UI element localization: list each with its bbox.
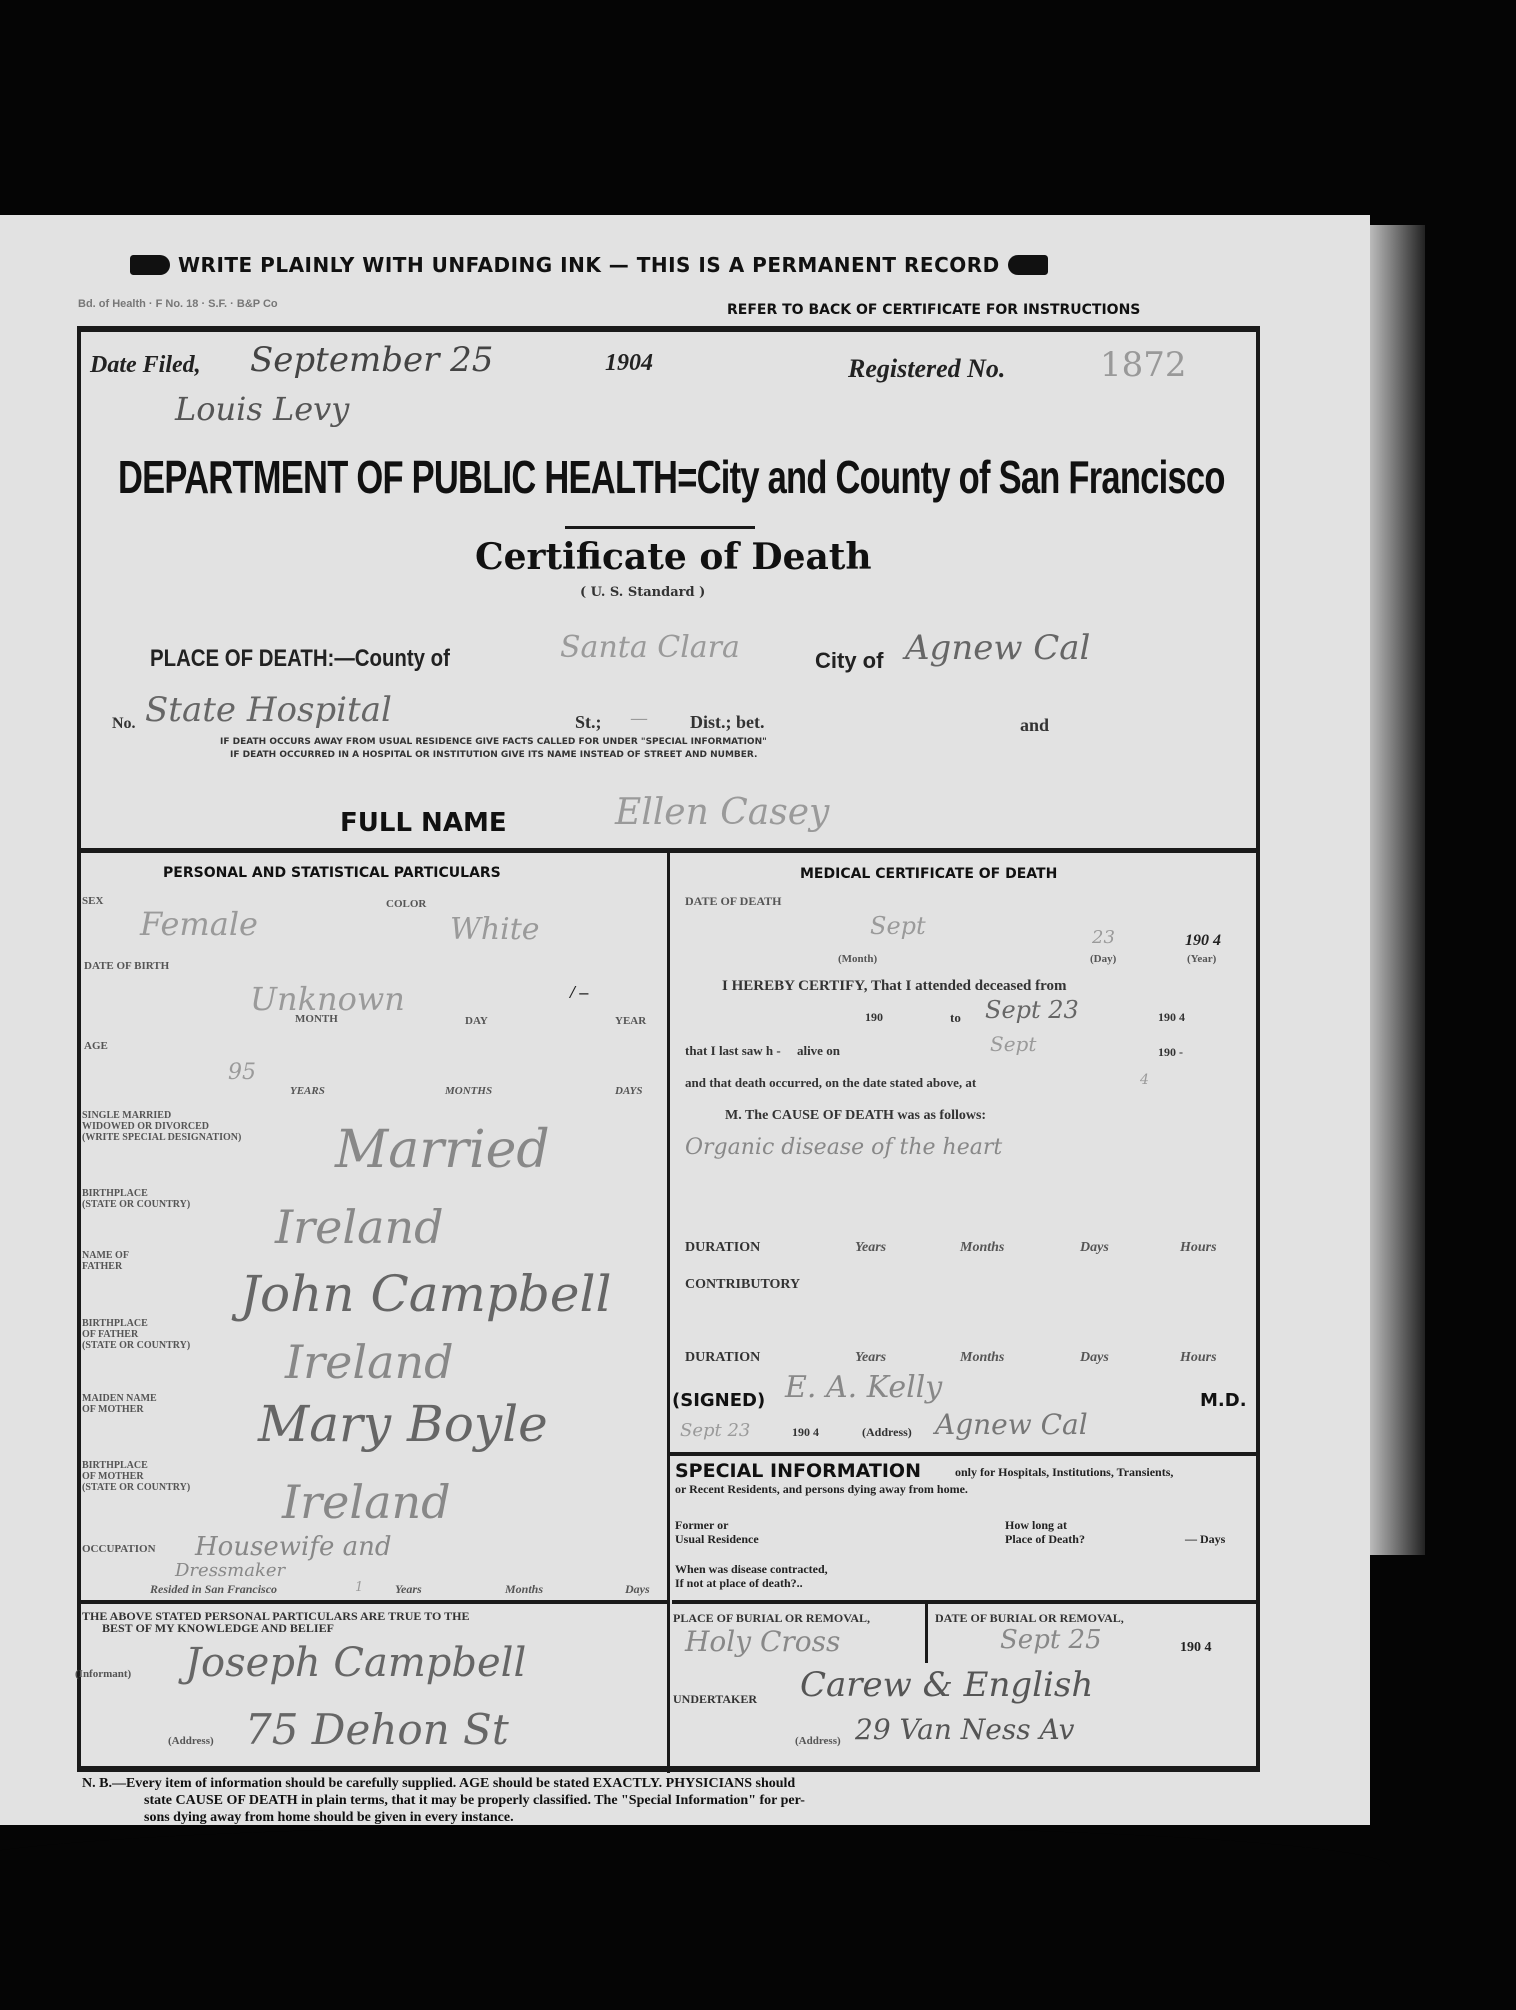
age-days-label: Days [615,1085,643,1097]
mother-birthplace-label: BIRTHPLACE OF MOTHER (State or Country) [82,1460,190,1493]
mother-birthplace-value: Ireland [282,1475,451,1529]
resided-years-value: 1 [355,1580,363,1595]
burial-divider [672,1600,1257,1604]
color-label: COLOR [386,898,426,910]
nb-footer-note: N. B.—Every item of information should b… [82,1775,805,1826]
nb-line1: N. B.—Every item of information should b… [82,1775,805,1792]
pointing-hand-icon [130,255,170,275]
occupation-value-2: Dressmaker [175,1560,285,1581]
city-value: Agnew Cal [905,628,1090,668]
medical-heading: MEDICAL CERTIFICATE OF DEATH [800,866,1057,882]
father-birthplace-label: BIRTHPLACE OF FATHER (State or Country) [82,1318,190,1351]
informant-address-value: 75 Dehon St [245,1705,509,1754]
physician-address-label: (Address) [862,1425,912,1440]
physician-signature: E. A. Kelly [785,1370,942,1405]
instruction-note-line1: IF DEATH OCCURS AWAY FROM USUAL RESIDENC… [220,737,767,747]
instruction-note-line2: IF DEATH OCCURRED IN A HOSPITAL OR INSTI… [230,750,757,760]
place-of-death-label: PLACE OF DEATH:—County of [150,645,450,673]
attended-to-year: 190 4 [1158,1010,1185,1025]
page-curve-shadow [0,1825,1390,1965]
duration-years-label-2: Years [855,1350,886,1366]
attended-to-value: Sept 23 [985,996,1079,1024]
father-birthplace-label-line3: (State or Country) [82,1340,190,1351]
duration-label: DURATION [685,1240,760,1256]
write-plainly-banner: WRITE PLAINLY WITH UNFADING INK — THIS I… [130,253,1220,277]
marital-label: SINGLE MARRIED WIDOWED OR DIVORCED (Writ… [82,1110,241,1143]
cause-value: Organic disease of the heart [685,1135,1002,1160]
contracted-line2: If not at place of death?.. [675,1576,828,1590]
full-name-value: Ellen Casey [615,792,829,833]
age-value: 95 [228,1060,256,1085]
father-birthplace-label-line2: OF FATHER [82,1329,190,1340]
burial-column-divider [925,1603,928,1663]
pointing-hand-icon [1008,255,1048,275]
father-birthplace-value: Ireland [285,1335,454,1389]
marital-label-line2: WIDOWED OR DIVORCED [82,1121,241,1132]
duration-years-label: Years [855,1240,886,1256]
title-divider [565,526,755,529]
duration-hours-label-2: Hours [1180,1350,1217,1366]
signed-date-value: Sept 23 [680,1420,750,1441]
resided-label: Resided in San Francisco [150,1582,277,1597]
father-name-label-line1: NAME OF [82,1250,129,1261]
signed-label: (SIGNED) [672,1390,765,1411]
how-long-days: — Days [1185,1532,1225,1547]
street-value: State Hospital [145,690,392,730]
how-long-label: How long at Place of Death? [1005,1518,1085,1546]
dod-day-value: 23 [1092,927,1115,948]
marital-label-line1: SINGLE MARRIED [82,1110,241,1121]
birthplace-value: Ireland [275,1200,444,1254]
special-info-subtitle: only for Hospitals, Institutions, Transi… [955,1465,1173,1480]
birthplace-label: BIRTHPLACE (State or Country) [82,1188,190,1210]
special-info-line2: or Recent Residents, and persons dying a… [675,1482,968,1497]
duration-label-2: DURATION [685,1350,760,1366]
dod-year-value: 190 4 [1185,932,1221,950]
burial-place-value: Holy Cross [685,1625,840,1658]
informant-divider [77,1600,667,1604]
father-name-value: John Campbell [240,1265,612,1323]
marital-label-line3: (Write special designation) [82,1132,241,1143]
last-saw-year: 190 - [1158,1045,1183,1060]
undertaker-address-label: (Address) [795,1735,841,1747]
registered-label: Registered No. [848,354,1005,384]
burial-place-label: PLACE OF BURIAL OR REMOVAL, [673,1612,870,1624]
age-months-label: Months [445,1085,492,1097]
date-filed-year: 1904 [605,350,653,377]
mother-name-label: MAIDEN NAME OF MOTHER [82,1393,157,1415]
dob-day-label: Day [465,1015,488,1027]
last-saw-label: that I last saw h - alive on [685,1043,840,1059]
full-name-label: FULL NAME [340,808,507,838]
dod-year-label: (Year) [1187,953,1216,965]
mother-birthplace-label-line2: OF MOTHER [82,1471,190,1482]
contracted-line1: When was disease contracted, [675,1562,828,1576]
certify-text: I HEREBY CERTIFY, That I attended deceas… [722,978,1067,995]
st-label: St.; [575,712,602,733]
duration-months-label-2: Months [960,1350,1004,1366]
date-of-death-label: DATE OF DEATH [685,895,781,907]
informant-value: Joseph Campbell [185,1640,526,1686]
duration-days-label: Days [1080,1240,1109,1256]
mother-birthplace-label-line3: (State or Country) [82,1482,190,1493]
department-title: DEPARTMENT OF PUBLIC HEALTH=City and Cou… [118,450,1225,504]
informant-label: (Informant) [75,1668,131,1680]
no-label: No. [112,715,136,733]
dob-label: DATE OF BIRTH [84,960,169,972]
last-saw-value: Sept [990,1032,1036,1056]
date-filed-label: Date Filed, [90,352,201,379]
duration-days-label-2: Days [1080,1350,1109,1366]
dod-month-value: Sept [870,912,926,940]
cause-label: M. The CAUSE OF DEATH was as follows: [725,1108,986,1124]
burial-date-year: 190 4 [1180,1640,1212,1656]
resided-years-label: Years [395,1582,422,1597]
dob-year-value: / – [570,982,589,1003]
physician-address-value: Agnew Cal [935,1408,1088,1441]
marital-value: Married [335,1120,550,1180]
and-label: and [1020,715,1049,736]
undertaker-label: UNDERTAKER [673,1693,757,1705]
nb-line3: sons dying away from home should be give… [82,1809,805,1826]
signed-date-year: 190 4 [792,1425,819,1440]
contributory-label: CONTRIBUTORY [685,1277,800,1293]
birthplace-label-line2: (State or Country) [82,1199,190,1210]
st-value: — [630,708,648,729]
former-residence-line2: Usual Residence [675,1532,759,1546]
father-name-label-line2: FATHER [82,1261,129,1272]
dob-year-label: Year [615,1015,646,1027]
informant-address-label: (Address) [168,1735,214,1747]
printer-mark: Bd. of Health · F No. 18 · S.F. · B&P Co [78,298,278,310]
death-occurred-label: and that death occurred, on the date sta… [685,1075,976,1091]
time-value: 4 [1140,1072,1149,1088]
registrar-signature: Louis Levy [175,390,349,428]
contracted-label: When was disease contracted, If not at p… [675,1562,828,1590]
column-divider [667,853,670,1773]
special-divider [670,1452,1260,1456]
sex-value: Female [140,905,258,943]
undertaker-address-value: 29 Van Ness Av [855,1713,1074,1746]
age-label: AGE [84,1040,108,1052]
refer-instructions: REFER TO BACK OF CERTIFICATE FOR INSTRUC… [727,302,1140,318]
certificate-title: Certificate of Death [475,536,872,578]
duration-hours-label: Hours [1180,1240,1217,1256]
mother-name-label-line2: OF MOTHER [82,1404,157,1415]
dod-month-label: (Month) [838,953,877,965]
former-residence-label: Former or Usual Residence [675,1518,759,1546]
father-birthplace-label-line1: BIRTHPLACE [82,1318,190,1329]
write-plainly-text: WRITE PLAINLY WITH UNFADING INK — THIS I… [178,253,1000,277]
special-info-heading: SPECIAL INFORMATION [675,1460,921,1482]
dod-day-label: (Day) [1090,953,1116,965]
mother-name-label-line1: MAIDEN NAME [82,1393,157,1404]
informant-statement-line2: BEST OF MY KNOWLEDGE AND BELIEF [102,1622,334,1634]
mother-birthplace-label-line1: BIRTHPLACE [82,1460,190,1471]
attended-from-year: 190 [865,1010,883,1025]
father-name-label: NAME OF FATHER [82,1250,129,1272]
how-long-line2: Place of Death? [1005,1532,1085,1546]
city-label: City of [815,648,883,674]
undertaker-value: Carew & English [800,1665,1093,1705]
dist-label: Dist.; bet. [690,712,765,733]
personal-heading: PERSONAL AND STATISTICAL PARTICULARS [163,865,501,881]
occupation-label: OCCUPATION [82,1543,156,1555]
nb-line2: state CAUSE OF DEATH in plain terms, tha… [82,1792,805,1809]
mother-name-value: Mary Boyle [258,1395,548,1453]
how-long-line1: How long at [1005,1518,1085,1532]
former-residence-line1: Former or [675,1518,759,1532]
registered-number: 1872 [1100,345,1187,385]
sex-label: SEX [82,895,103,907]
burial-date-value: Sept 25 [1000,1625,1102,1655]
county-value: Santa Clara [560,630,740,665]
date-filed-value: September 25 [250,340,493,380]
md-label: M.D. [1200,1390,1247,1411]
us-standard: ( U. S. Standard ) [580,585,705,600]
burial-date-label: DATE of BURIAL or REMOVAL, [935,1612,1124,1624]
resided-days-label: Days [625,1582,650,1597]
birthplace-label-line1: BIRTHPLACE [82,1188,190,1199]
age-years-label: Years [290,1085,325,1097]
resided-months-label: Months [505,1582,543,1597]
duration-months-label: Months [960,1240,1004,1256]
to-label: to [950,1010,961,1026]
occupation-value: Housewife and [195,1532,392,1562]
color-value: White [450,912,540,947]
dob-month-label: Month [295,1013,338,1025]
